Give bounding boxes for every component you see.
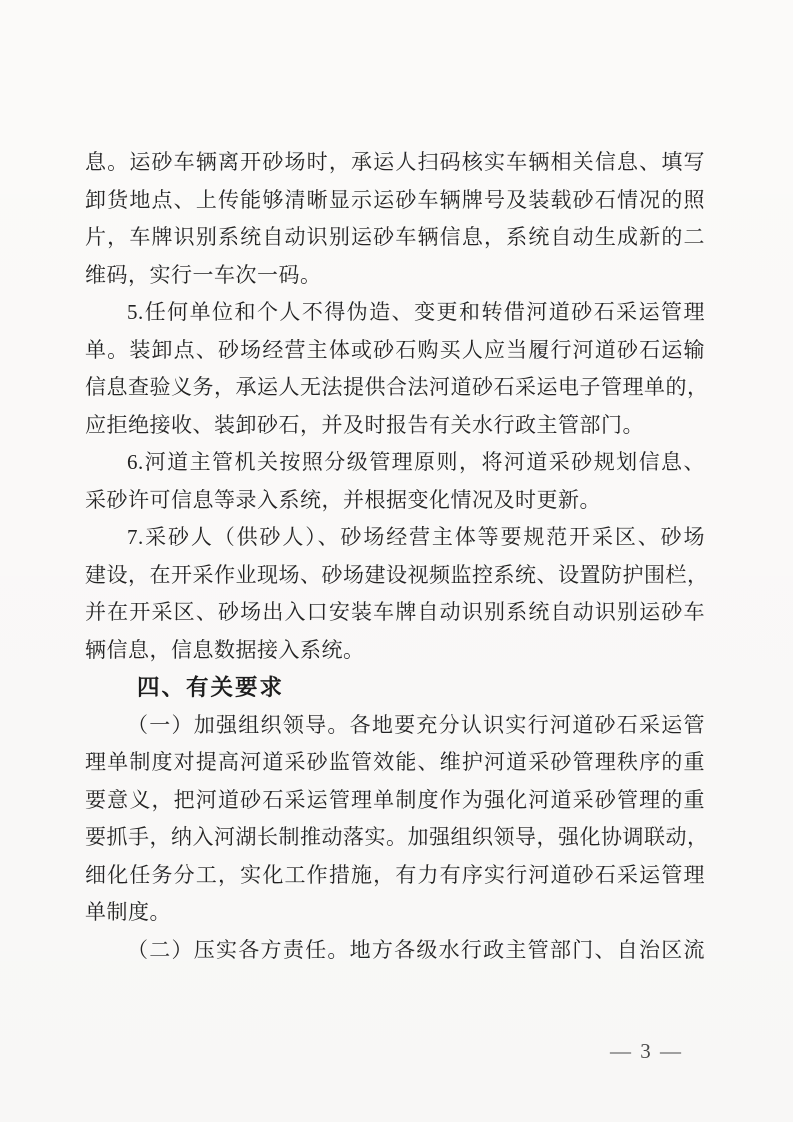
text-line: 理单制度对提高河道采砂监管效能、维护河道采砂管理秩序的重 (85, 744, 705, 782)
text-line: 信息查验义务，承运人无法提供合法河道砂石采运电子管理单的， (85, 369, 705, 407)
text-line: 卸货地点、上传能够清晰显示运砂车辆牌号及装载砂石情况的照 (85, 182, 705, 220)
text-line: 应拒绝接收、装卸砂石，并及时报告有关水行政主管部门。 (85, 407, 705, 445)
text-line: 5.任何单位和个人不得伪造、变更和转借河道砂石采运管理 (85, 294, 705, 332)
text-line: 片，车牌识别系统自动识别运砂车辆信息，系统自动生成新的二 (85, 219, 705, 257)
text-line: （一）加强组织领导。各地要充分认识实行河道砂石采运管 (85, 707, 705, 745)
page-number: — 3 — (610, 1036, 710, 1066)
text-line: 建设，在开采作业现场、砂场建设视频监控系统、设置防护围栏， (85, 557, 705, 595)
text-line: 单制度。 (85, 894, 705, 932)
text-line: 息。运砂车辆离开砂场时，承运人扫码核实车辆相关信息、填写 (85, 144, 705, 182)
text-line: 辆信息，信息数据接入系统。 (85, 632, 705, 670)
text-line: 细化任务分工，实化工作措施，有力有序实行河道砂石采运管理 (85, 857, 705, 895)
body-text-block: 息。运砂车辆离开砂场时，承运人扫码核实车辆相关信息、填写 卸货地点、上传能够清晰… (85, 144, 705, 969)
text-line: 要抓手，纳入河湖长制推动落实。加强组织领导，强化协调联动， (85, 819, 705, 857)
section-heading: 四、有关要求 (85, 669, 705, 707)
text-line: 要意义，把河道砂石采运管理单制度作为强化河道采砂管理的重 (85, 782, 705, 820)
text-line: （二）压实各方责任。地方各级水行政主管部门、自治区流 (85, 932, 705, 970)
text-line: 维码，实行一车次一码。 (85, 257, 705, 295)
text-line: 单。装卸点、砂场经营主体或砂石购买人应当履行河道砂石运输 (85, 332, 705, 370)
text-line: 6.河道主管机关按照分级管理原则，将河道采砂规划信息、 (85, 444, 705, 482)
text-line: 采砂许可信息等录入系统，并根据变化情况及时更新。 (85, 482, 705, 520)
text-line: 7.采砂人（供砂人）、砂场经营主体等要规范开采区、砂场 (85, 519, 705, 557)
document-page: 息。运砂车辆离开砂场时，承运人扫码核实车辆相关信息、填写 卸货地点、上传能够清晰… (0, 0, 793, 1122)
text-line: 并在开采区、砂场出入口安装车牌自动识别系统自动识别运砂车 (85, 594, 705, 632)
